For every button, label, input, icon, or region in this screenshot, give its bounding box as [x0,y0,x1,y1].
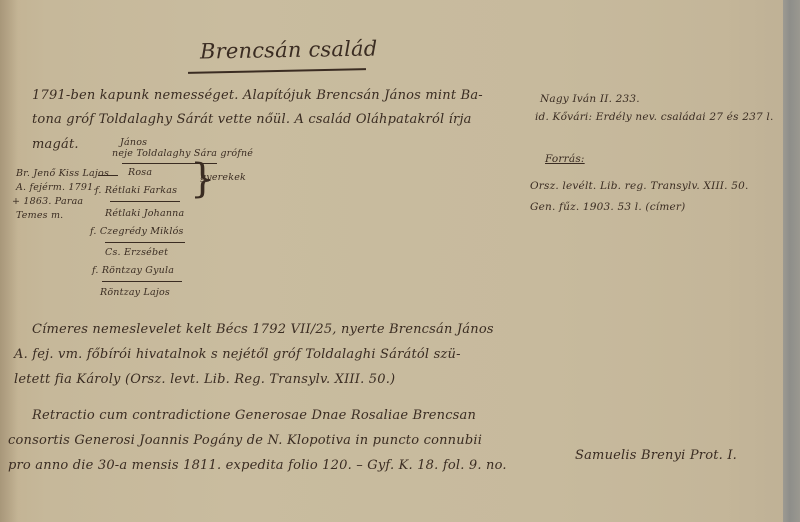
source-1: Orsz. levélt. Lib. reg. Transylv. XIII. … [530,180,749,192]
sources-heading: Forrás: [545,153,585,165]
page-edge [783,0,800,522]
root-line1: Br. Jenő Kiss Lajos [16,168,109,179]
root-line3: + 1863. Paraa [12,196,83,207]
spouse-note-above: János [120,137,147,148]
descendant-5: Cs. Erzsébet [105,247,168,258]
root-line4: Temes m. [16,210,63,221]
paragraph3-line1: Retractio cum contradictione Generosae D… [32,408,476,423]
descendant-2-underline [110,201,180,202]
connector-dash [98,175,118,176]
document-page: Brencsán család 1791-ben kapunk nemesség… [0,0,785,522]
paragraph2-line3: letett fia Károly (Orsz. levt. Lib. Reg.… [14,372,395,387]
paragraph1-line3: magát. [32,137,79,152]
descendant-6: f. Röntzay Gyula [92,265,174,276]
signature: Samuelis Brenyi Prot. I. [575,448,737,463]
reference-2: id. Kővári: Erdély nev. családai 27 és 2… [535,111,774,123]
paragraph3-line2: consortis Generosi Joannis Pogány de N. … [8,433,482,448]
descendant-2: f. Rétlaki Farkas [95,185,177,196]
root-line2: A. fejérm. 1791. [16,182,97,193]
paragraph2-line2: A. fej. vm. főbírói hivatalnok s nejétől… [14,347,461,362]
paragraph1-line1: 1791-ben kapunk nemességet. Alapítójuk B… [32,88,483,103]
descendant-3: Rétlaki Johanna [105,208,184,219]
paragraph1-line2: tona gróf Toldalaghy Sárát vette nőül. A… [32,112,472,127]
descendant-6-underline [102,281,182,282]
descendant-7: Röntzay Lajos [100,287,170,298]
descendant-4: f. Czegrédy Miklós [90,226,184,237]
document-title: Brencsán család [200,36,378,63]
children-note: gyerekek [200,172,246,183]
title-underline [188,68,366,74]
spouse-note: neje Toldalaghy Sára grófné [112,148,253,159]
reference-1: Nagy Iván II. 233. [540,93,640,105]
source-2: Gen. fűz. 1903. 53 l. (címer) [530,201,685,213]
paragraph3-line3: pro anno die 30-a mensis 1811. expedita … [8,458,507,473]
descendant-4-underline [105,242,185,243]
paragraph2-line1: Címeres nemeslevelet kelt Bécs 1792 VII/… [32,322,494,337]
descendant-1: Rosa [128,167,152,178]
